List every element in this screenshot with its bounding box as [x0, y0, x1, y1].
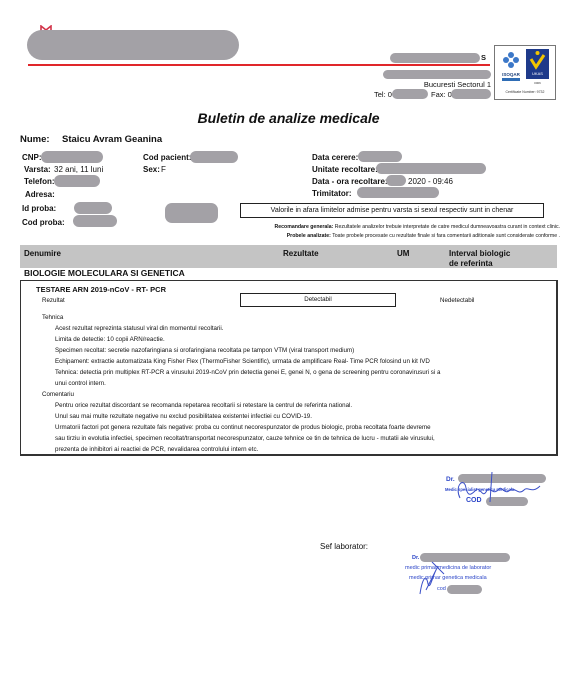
- certificate-number: Certificate Number: 9732: [495, 90, 555, 94]
- col-rezultate: Rezultate: [283, 249, 319, 258]
- redacted-sender: [357, 187, 439, 198]
- signature-scribble-icon: [452, 468, 552, 508]
- redacted-phone: [54, 175, 100, 187]
- technique-line: Specimen recoltat: secretie nazofaringia…: [55, 347, 354, 354]
- col-denumire: Denumire: [24, 249, 61, 258]
- svg-text:0006: 0006: [534, 81, 541, 85]
- phone-label: Telefon:: [24, 177, 55, 186]
- redacted-lab-name: [27, 30, 239, 60]
- collection-datetime-label: Data - ora recoltare:: [312, 177, 388, 186]
- redacted-tel: [392, 89, 428, 99]
- section-heading: BIOLOGIE MOLECULARA SI GENETICA: [24, 268, 185, 278]
- results-table-header: Denumire Rezultate UM Interval biologic …: [20, 245, 557, 268]
- collection-datetime-value: 2020 - 09:46: [408, 177, 453, 186]
- patient-code-label: Cod pacient:: [143, 153, 191, 162]
- test-name: TESTARE ARN 2019-nCoV - RT- PCR: [36, 285, 166, 294]
- comment-line: Urmatorii factori pot genera rezultate f…: [55, 424, 431, 431]
- redacted-patient-code: [190, 151, 238, 163]
- redacted-company: [390, 53, 480, 63]
- redacted-collection-date: [386, 175, 406, 186]
- company-suffix: S: [481, 53, 486, 62]
- technique-line: unui control intern.: [55, 380, 106, 387]
- redacted-barcode: [165, 203, 218, 223]
- certification-badge: ISOQAR UKAS 0006 Certificate Number: 973…: [494, 45, 556, 100]
- lab-head-label: Sef laborator:: [320, 542, 368, 551]
- redacted-sample-id: [74, 202, 112, 214]
- city: Bucuresti Sectorul 1: [424, 80, 491, 89]
- header-divider: [28, 64, 490, 66]
- age-value: 32 ani, 11 luni: [54, 165, 103, 174]
- comment-line: prezenta de inhibitori ai reactiei de PC…: [55, 446, 258, 453]
- redacted-request-date: [358, 151, 402, 162]
- general-recommendation-label: Recomandare generala:: [275, 224, 334, 230]
- sample-id-label: Id proba:: [22, 204, 56, 213]
- technique-line: Limita de detectie: 10 copii ARN/reactie…: [55, 336, 165, 343]
- svg-text:UKAS: UKAS: [532, 71, 543, 76]
- comment-line: sau tirziu in evolutia infectiei, specim…: [55, 435, 435, 442]
- svg-text:ISOQAR: ISOQAR: [502, 72, 521, 77]
- result-value: Detectabil: [240, 293, 396, 307]
- redacted-collection-unit: [376, 163, 486, 174]
- col-um: UM: [397, 249, 409, 258]
- technique-line: Tehnica: detectia prin multiplex RT-PCR …: [55, 369, 440, 376]
- out-of-range-notice: Valorile in afara limitelor admise pentr…: [240, 203, 544, 218]
- collection-unit-label: Unitate recoltare:: [312, 165, 378, 174]
- col-interval: Interval biologic: [449, 249, 510, 258]
- technique-heading: Tehnica: [42, 314, 63, 321]
- comment-line: Unul sau mai multe rezultate negative nu…: [55, 413, 312, 420]
- fax-label: Fax: 0: [431, 90, 452, 99]
- comments-heading: Comentariu: [42, 391, 74, 398]
- tel-label: Tel: 0: [374, 90, 392, 99]
- comment-line: Pentru orice rezultat discordant se reco…: [55, 402, 352, 409]
- redacted-fax: [451, 89, 491, 99]
- col-interval-line2: de referinta: [449, 259, 493, 268]
- sample-code-label: Cod proba:: [22, 218, 65, 227]
- reference-value: Nedetectabil: [440, 297, 474, 304]
- redacted-lab-head-code: [447, 585, 482, 594]
- patient-name: Staicu Avram Geanina: [62, 134, 162, 145]
- name-label: Nume:: [20, 134, 50, 145]
- sender-label: Trimitator:: [312, 189, 352, 198]
- ukas-logo-icon: UKAS 0006: [526, 49, 549, 87]
- age-label: Varsta:: [24, 165, 51, 174]
- general-recommendation-text: Rezultatele analizelor trebuie interpret…: [335, 224, 560, 230]
- samples-analyzed-label: Probele analizate:: [287, 233, 331, 239]
- general-recommendation: Recomandare generala: Rezultatele analiz…: [275, 224, 560, 230]
- redacted-address: [383, 70, 491, 79]
- samples-analyzed-text: Toate probele procesate cu rezultate fin…: [332, 233, 560, 239]
- samples-analyzed: Probele analizate: Toate probele procesa…: [287, 233, 560, 239]
- result-row-label: Rezultat: [42, 297, 65, 304]
- address-label: Adresa:: [25, 190, 55, 199]
- lab-head-signature-icon: [418, 560, 448, 598]
- request-date-label: Data cerere:: [312, 153, 358, 162]
- technique-line: Echipament: extractie automatizata King …: [55, 358, 430, 365]
- sex-value: F: [161, 165, 166, 174]
- cnp-label: CNP:: [22, 153, 42, 162]
- redacted-cnp: [41, 151, 103, 163]
- page-title: Buletin de analize medicale: [0, 110, 577, 126]
- sex-label: Sex:: [143, 165, 160, 174]
- redacted-sample-code: [73, 215, 117, 227]
- technique-line: Acest rezultat reprezinta statusul viral…: [55, 325, 224, 332]
- isoqar-logo-icon: ISOQAR: [500, 50, 522, 84]
